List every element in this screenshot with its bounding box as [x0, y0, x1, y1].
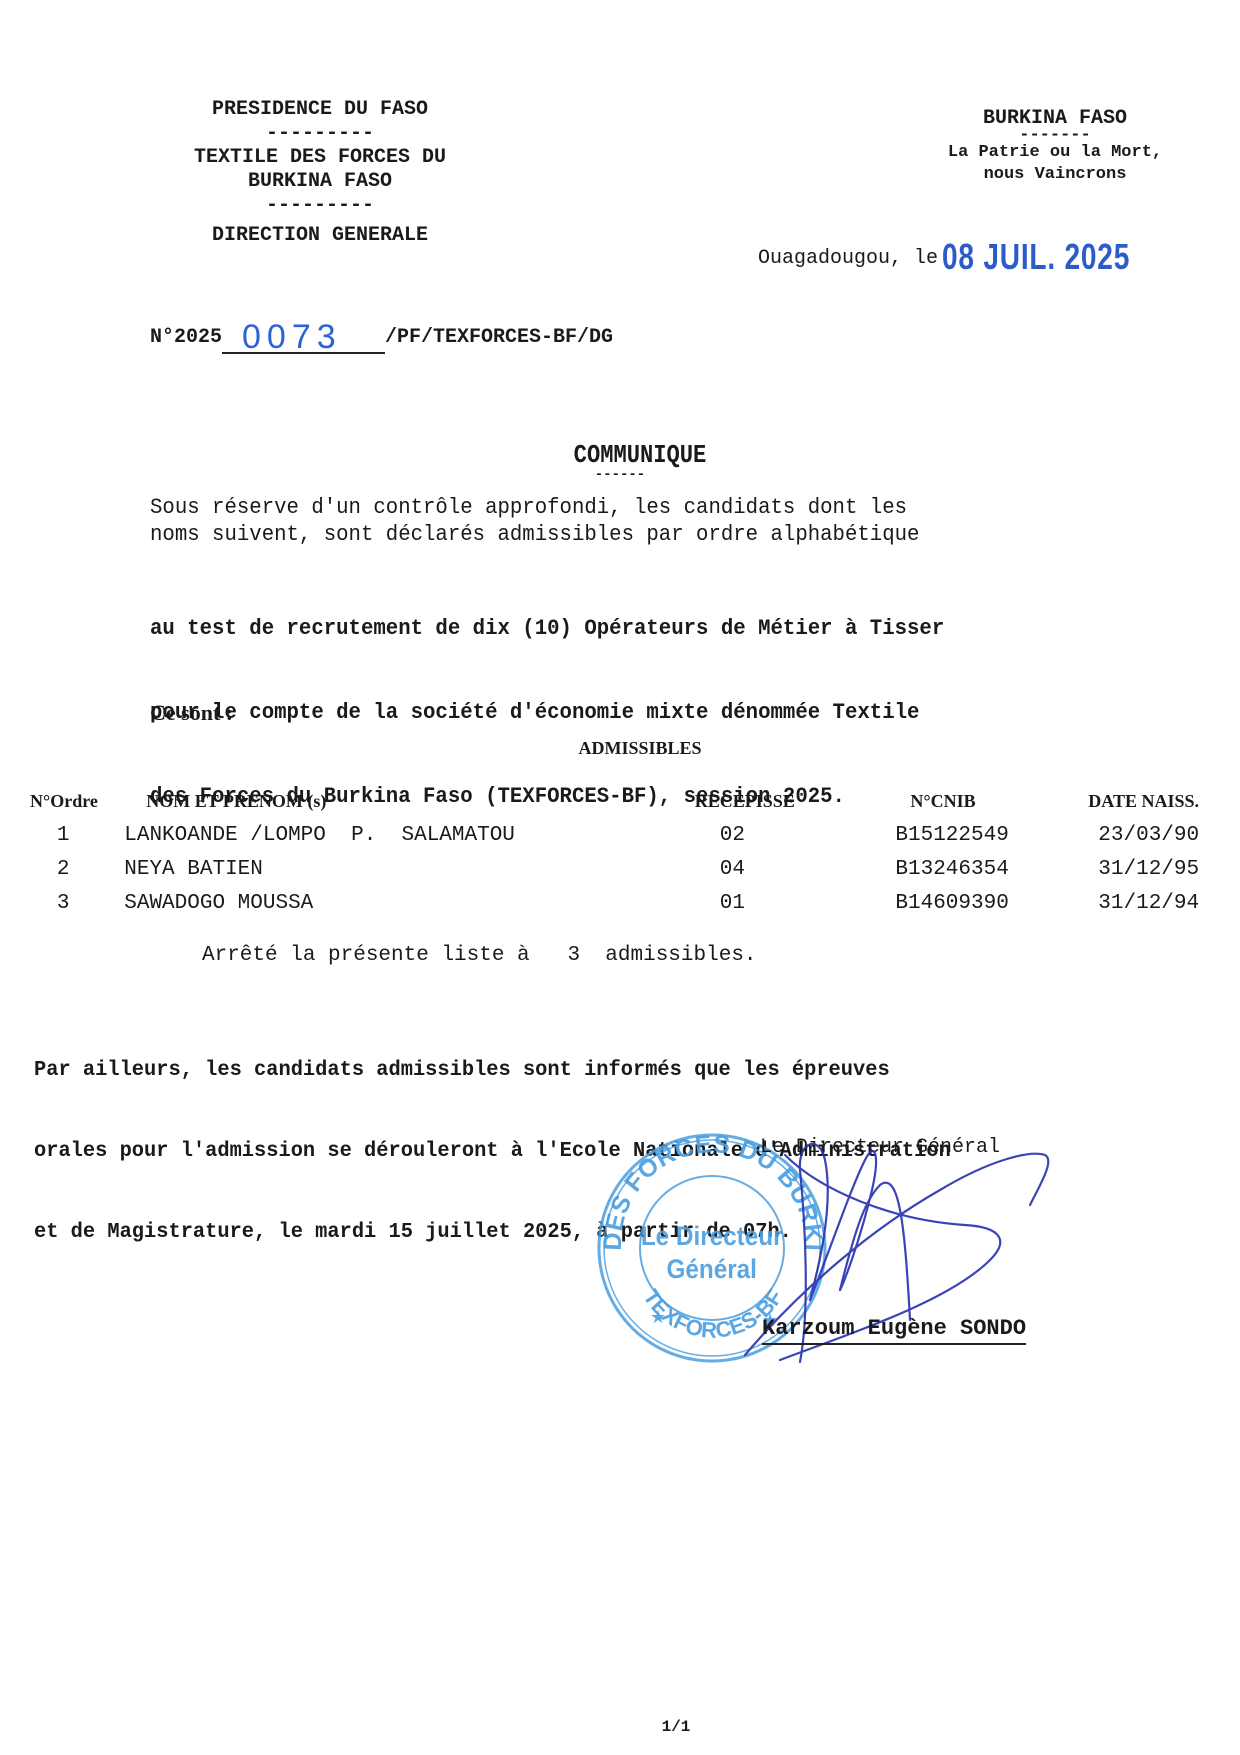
list-closing-line: Arrêté la présente liste à 3 admissibles…	[202, 944, 757, 967]
header-ordre: N°Ordre	[30, 784, 116, 818]
closing-suffix: admissibles.	[605, 944, 756, 967]
reference-handwritten-number: 0073	[222, 322, 385, 354]
intro-line: noms suivent, sont déclarés admissibles …	[150, 521, 919, 548]
header-date: DATE NAISS.	[1068, 784, 1240, 818]
country-header: BURKINA FASO ------- La Patrie ou la Mor…	[930, 108, 1180, 186]
intro-line: Sous réserve d'un contrôle approfondi, l…	[150, 494, 919, 521]
date-stamp: 08 JUIL. 2025	[942, 236, 1130, 278]
page-number: 1/1	[0, 1718, 1240, 1736]
document-title: COMMUNIQUE	[96, 440, 1184, 470]
cell-cnib: B14609390	[865, 886, 1068, 920]
header-nom: NOM ET PRENOM (s)	[116, 784, 670, 818]
separator: ---------	[150, 194, 490, 218]
closing-prefix: Arrêté la présente liste à	[202, 944, 530, 967]
cell-recepisse: 02	[670, 818, 866, 852]
cell-cnib: B15122549	[865, 818, 1068, 852]
cell-date: 31/12/94	[1068, 886, 1240, 920]
place-label: Ouagadougou, le	[758, 247, 938, 270]
reference-number: N°20250073/PF/TEXFORCES-BF/DG	[150, 322, 613, 354]
cell-ordre: 1	[30, 818, 116, 852]
admissibles-table: N°Ordre NOM ET PRENOM (s) RECEPISSE N°CN…	[30, 784, 1240, 920]
reference-suffix: /PF/TEXFORCES-BF/DG	[385, 326, 613, 349]
cell-date: 31/12/95	[1068, 852, 1240, 886]
title-separator: ------	[0, 467, 1240, 483]
separator: -------	[930, 130, 1180, 142]
header-cnib: N°CNIB	[865, 784, 1068, 818]
intro-bold-line: au test de recrutement de dix (10) Opéra…	[150, 615, 944, 643]
list-intro: Ce sont :	[150, 700, 233, 726]
motto-line-1: La Patrie ou la Mort,	[930, 142, 1180, 164]
cell-cnib: B13246354	[865, 852, 1068, 886]
header-recepisse: RECEPISSE	[670, 784, 866, 818]
separator: ---------	[150, 122, 490, 146]
cell-date: 23/03/90	[1068, 818, 1240, 852]
presidence-line: PRESIDENCE DU FASO	[150, 98, 490, 122]
motto-line-2: nous Vaincrons	[930, 164, 1180, 186]
cell-nom: LANKOANDE /LOMPO P. SALAMATOU	[116, 818, 670, 852]
organization-line-1: TEXTILE DES FORCES DU	[150, 146, 490, 170]
intro-paragraph: Sous réserve d'un contrôle approfondi, l…	[150, 494, 919, 548]
notice-line: Par ailleurs, les candidats admissibles …	[34, 1057, 951, 1084]
organization-line-2: BURKINA FASO	[150, 170, 490, 194]
star-icon: ★	[650, 1307, 666, 1327]
admissibles-count: 3	[567, 944, 580, 967]
cell-recepisse: 04	[670, 852, 866, 886]
place-and-date: Ouagadougou, le08 JUIL. 2025	[758, 236, 1183, 278]
issuer-header: PRESIDENCE DU FASO --------- TEXTILE DES…	[150, 98, 490, 248]
signatory-name: Karzoum Eugène SONDO	[762, 1316, 1026, 1345]
cell-nom: NEYA BATIEN	[116, 852, 670, 886]
list-title: ADMISSIBLES	[0, 738, 1240, 759]
table-row: 2 NEYA BATIEN 04 B13246354 31/12/95	[30, 852, 1240, 886]
cell-ordre: 3	[30, 886, 116, 920]
reference-prefix: N°2025	[150, 326, 222, 349]
direction-line: DIRECTION GENERALE	[150, 224, 490, 248]
intro-bold-line: pour le compte de la société d'économie …	[150, 699, 944, 727]
table-row: 1 LANKOANDE /LOMPO P. SALAMATOU 02 B1512…	[30, 818, 1240, 852]
table-row: 3 SAWADOGO MOUSSA 01 B14609390 31/12/94	[30, 886, 1240, 920]
cell-ordre: 2	[30, 852, 116, 886]
table-header-row: N°Ordre NOM ET PRENOM (s) RECEPISSE N°CN…	[30, 784, 1240, 818]
cell-recepisse: 01	[670, 886, 866, 920]
cell-nom: SAWADOGO MOUSSA	[116, 886, 670, 920]
